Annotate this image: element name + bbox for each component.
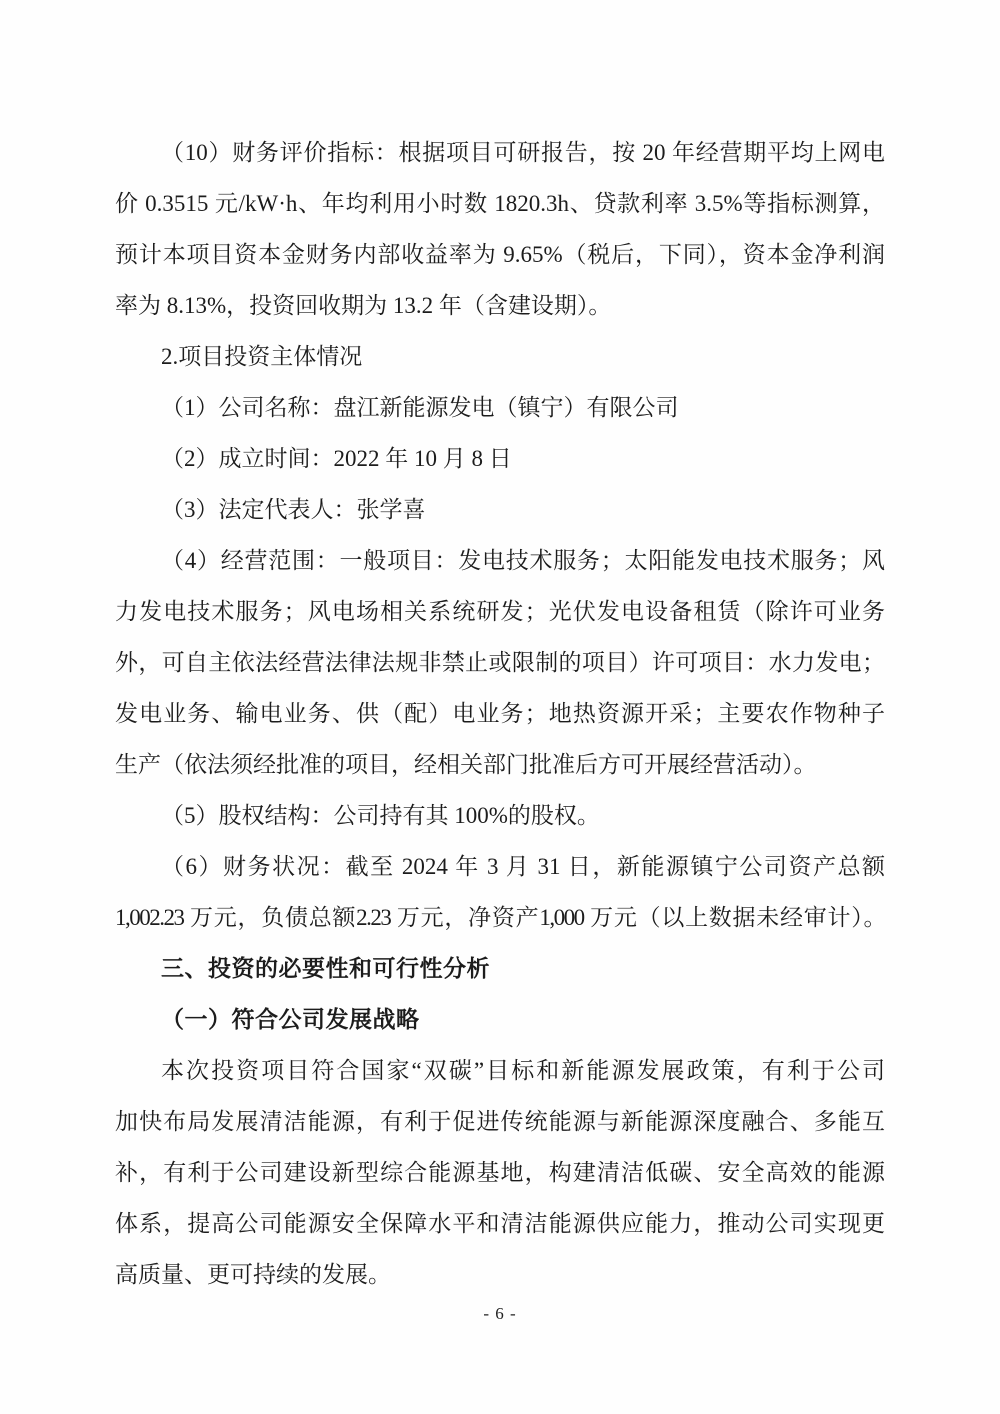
text-line: 高质量、更可持续的发展。 <box>115 1249 885 1300</box>
text-line: 1,002.23 万元，负债总额2.23 万元，净资产1,000 万元（以上数据… <box>115 892 885 943</box>
text-line: （10）财务评价指标：根据项目可研报告，按 20 年经营期平均上网电 <box>115 127 885 178</box>
text-line: （6）财务状况：截至 2024 年 3 月 31 日，新能源镇宁公司资产总额 <box>115 841 885 892</box>
text-line: 预计本项目资本金财务内部收益率为 9.65%（税后，下同），资本金净利润 <box>115 229 885 280</box>
page-number: - 6 - <box>0 1304 1000 1324</box>
subsection-heading: （一）符合公司发展战略 <box>115 994 885 1045</box>
text-line: 生产（依法须经批准的项目，经相关部门批准后方可开展经营活动）。 <box>115 739 885 790</box>
page-content: （10）财务评价指标：根据项目可研报告，按 20 年经营期平均上网电 价 0.3… <box>115 127 885 1300</box>
text-line: 体系，提高公司能源安全保障水平和清洁能源供应能力，推动公司实现更 <box>115 1198 885 1249</box>
text-line: （2）成立时间：2022 年 10 月 8 日 <box>115 433 885 484</box>
text-line: （4）经营范围：一般项目：发电技术服务；太阳能发电技术服务；风 <box>115 535 885 586</box>
text-line: 补，有利于公司建设新型综合能源基地，构建清洁低碳、安全高效的能源 <box>115 1147 885 1198</box>
text-line: 力发电技术服务；风电场相关系统研发；光伏发电设备租赁（除许可业务 <box>115 586 885 637</box>
text-line: 发电业务、输电业务、供（配）电业务；地热资源开采；主要农作物种子 <box>115 688 885 739</box>
text-line: 价 0.3515 元/kW·h、年均利用小时数 1820.3h、贷款利率 3.5… <box>115 178 885 229</box>
text-line: （1）公司名称：盘江新能源发电（镇宁）有限公司 <box>115 382 885 433</box>
list-item-heading: 2.项目投资主体情况 <box>115 331 885 382</box>
text-line: （5）股权结构：公司持有其 100%的股权。 <box>115 790 885 841</box>
text-line: 加快布局发展清洁能源，有利于促进传统能源与新能源深度融合、多能互 <box>115 1096 885 1147</box>
text-line: 外，可自主依法经营法律法规非禁止或限制的项目）许可项目：水力发电； <box>115 637 885 688</box>
text-line: 率为 8.13%，投资回收期为 13.2 年（含建设期）。 <box>115 280 885 331</box>
section-heading: 三、投资的必要性和可行性分析 <box>115 943 885 994</box>
text-line: （3）法定代表人：张学喜 <box>115 484 885 535</box>
document-page: （10）财务评价指标：根据项目可研报告，按 20 年经营期平均上网电 价 0.3… <box>0 0 1000 1414</box>
text-line: 本次投资项目符合国家“双碳”目标和新能源发展政策，有利于公司 <box>115 1045 885 1096</box>
